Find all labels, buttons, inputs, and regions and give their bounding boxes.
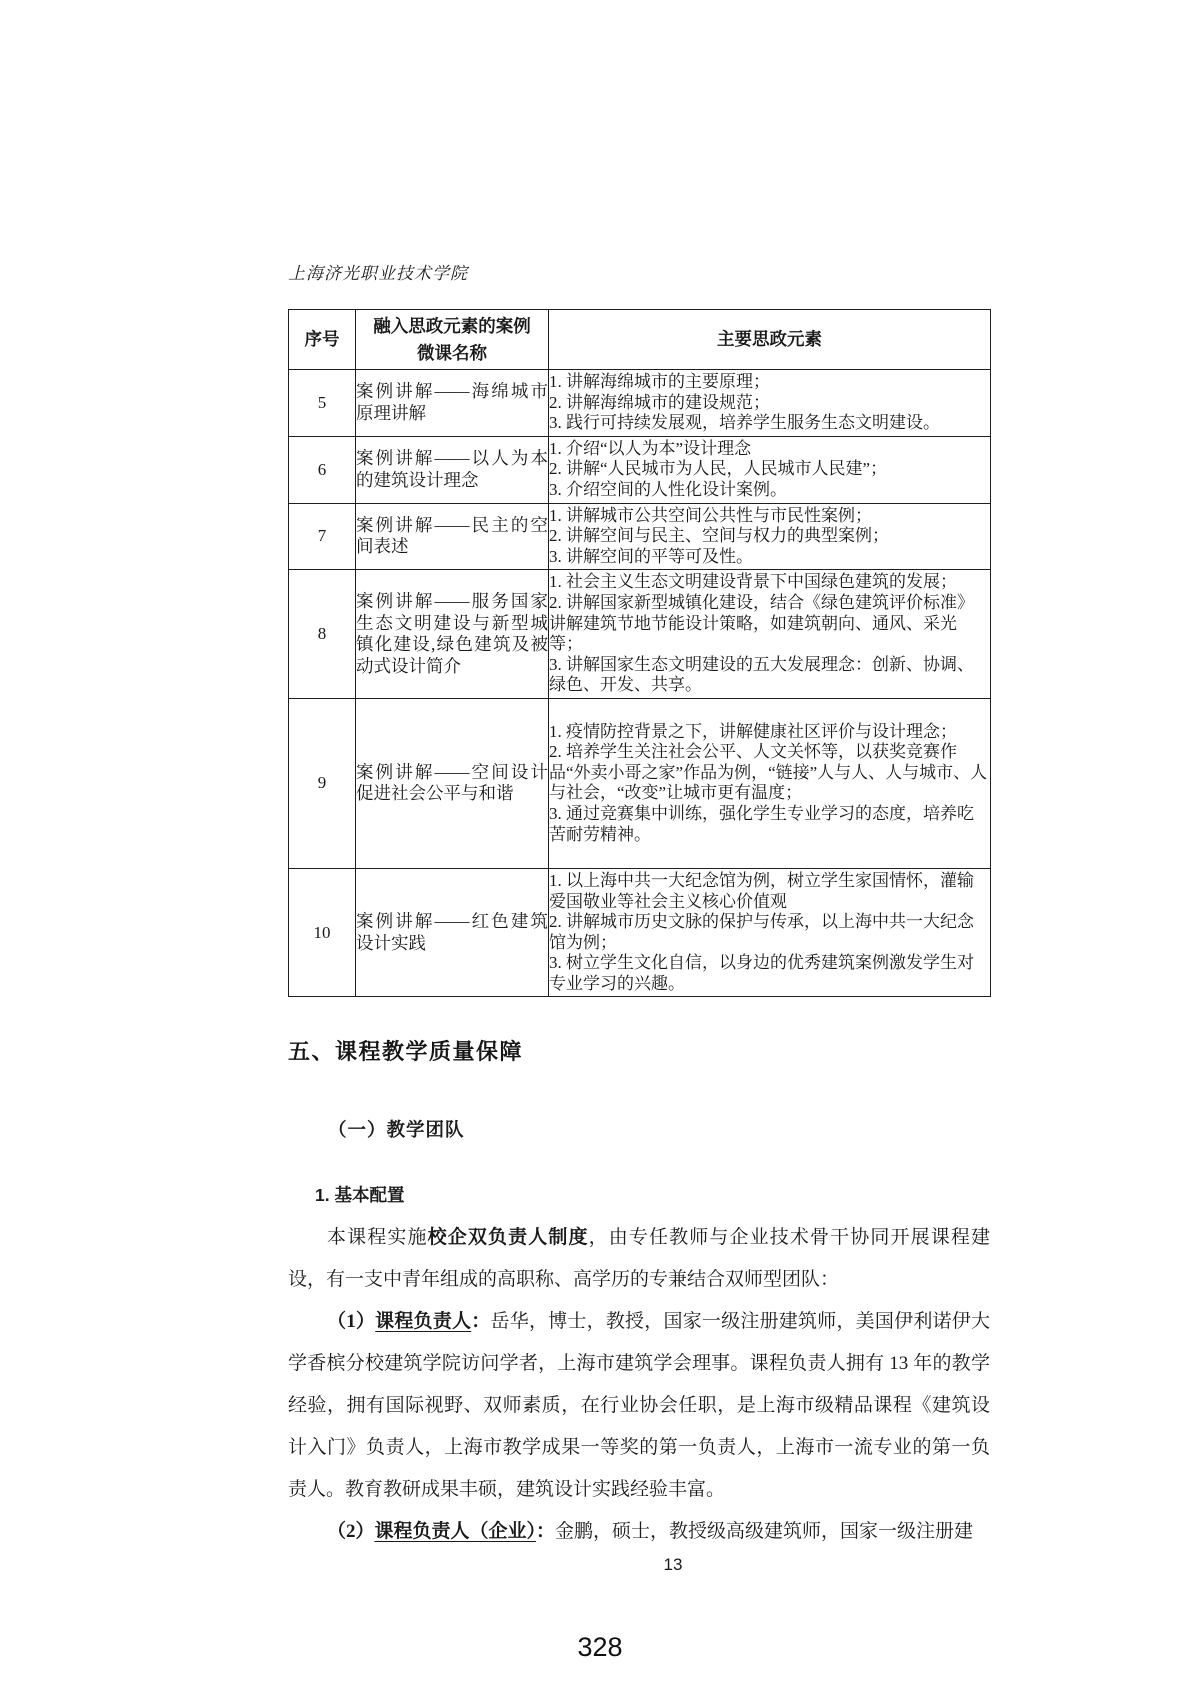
elements-cell: 1. 讲解海绵城市的主要原理；2. 讲解海绵城市的建设规范；3. 践行可持续发展… [549,370,991,437]
para1-bold-term: 校企双负责人制度 [428,1227,589,1248]
para3-text: 金鹏，硕士，教授级高级建筑师，国家一级注册建 [555,1521,973,1542]
table-header-row: 序号 融入思政元素的案例 微课名称 主要思政元素 [289,310,991,370]
elements-item: 3. 通过竞赛集中训练，强化学生专业学习的态度，培养吃苦耐劳精神。 [549,804,990,845]
elements-item: 1. 讲解城市公共空间公共性与市民性案例； [549,506,990,527]
elements-item: 3. 介绍空间的人性化设计案例。 [549,480,990,501]
pdf-page-number: 328 [0,1632,1200,1663]
seq-cell: 7 [289,503,356,570]
table-row: 9 案例讲解——空间设计促进社会公平与和谐 1. 疫情防控背景之下，讲解健康社区… [289,698,991,868]
elements-item: 2. 培养学生关注社会公平、人文关怀等，以获奖竞赛作品“外卖小哥之家”作品为例，… [549,742,990,804]
course-name-cell: 案例讲解——民主的空间表述 [356,503,549,570]
subsection-heading-teaching-team: （一）教学团队 [288,1116,990,1142]
elements-item: 3. 践行可持续发展观，培养学生服务生态文明建设。 [549,413,990,434]
course-name-cell: 案例讲解——空间设计促进社会公平与和谐 [356,698,549,868]
document-page: 上海济光职业技术学院 序号 融入思政元素的案例 微课名称 主要思政元素 5 案例… [0,0,1200,1683]
para1-pre: 本课程实施 [327,1227,428,1248]
para2-number: （1） [327,1311,375,1332]
elements-item: 1. 讲解海绵城市的主要原理； [549,372,990,393]
elements-cell: 1. 介绍“以人为本”设计理念2. 讲解“人民城市为人民，人民城市人民建”；3.… [549,436,991,503]
elements-item: 2. 讲解城市历史文脉的保护与传承，以上海中共一大纪念馆为例； [549,912,990,953]
elements-item: 2. 讲解空间与民主、空间与权力的典型案例； [549,526,990,547]
seq-cell: 10 [289,868,356,997]
section-heading-quality-assurance: 五、课程教学质量保障 [288,1035,990,1066]
doc-header: 上海济光职业技术学院 [288,262,990,286]
subheading-basic-configuration: 1. 基本配置 [288,1182,990,1207]
elements-item: 1. 社会主义生态文明建设背景下中国绿色建筑的发展； [549,572,990,593]
col-header-seq: 序号 [289,310,356,370]
elements-cell: 1. 以上海中共一大纪念馆为例，树立学生家国情怀，灌输爱国敬业等社会主义核心价值… [549,868,991,997]
col-header-course-name-line2: 微课名称 [356,340,548,367]
para-course-leader-enterprise: （2）课程负责人（企业）：金鹏，硕士，教授级高级建筑师，国家一级注册建 [288,1511,990,1553]
para2-text: 岳华，博士，教授，国家一级注册建筑师，美国伊利诺伊大学香槟分校建筑学院访问学者，… [288,1311,990,1500]
elements-item: 2. 讲解国家新型城镇化建设，结合《绿色建筑评价标准》讲解建筑节地节能设计策略，… [549,593,990,655]
elements-cell: 1. 社会主义生态文明建设背景下中国绿色建筑的发展；2. 讲解国家新型城镇化建设… [549,570,991,699]
para-course-leader: （1）课程负责人：岳华，博士，教授，国家一级注册建筑师，美国伊利诺伊大学香槟分校… [288,1301,990,1511]
elements-item: 1. 介绍“以人为本”设计理念 [549,439,990,460]
col-header-course-name: 融入思政元素的案例 微课名称 [356,310,549,370]
seq-cell: 9 [289,698,356,868]
elements-item: 3. 树立学生文化自信，以身边的优秀建筑案例激发学生对专业学习的兴趣。 [549,953,990,994]
col-header-elements: 主要思政元素 [549,310,991,370]
elements-item: 1. 疫情防控背景之下，讲解健康社区评价与设计理念； [549,722,990,743]
page-content: 上海济光职业技术学院 序号 融入思政元素的案例 微课名称 主要思政元素 5 案例… [288,262,990,1553]
para2-label: 课程负责人 [375,1311,471,1332]
table-row: 6 案例讲解——以人为本的建筑设计理念 1. 介绍“以人为本”设计理念2. 讲解… [289,436,991,503]
elements-item: 3. 讲解空间的平等可及性。 [549,547,990,568]
course-name-cell: 案例讲解——服务国家生态文明建设与新型城镇化建设,绿色建筑及被动式设计简介 [356,570,549,699]
seq-cell: 8 [289,570,356,699]
ideological-elements-table: 序号 融入思政元素的案例 微课名称 主要思政元素 5 案例讲解——海绵城市原理讲… [288,309,991,997]
para3-number: （2） [327,1521,375,1542]
para3-label: 课程负责人（企业） [375,1521,537,1542]
elements-item: 2. 讲解海绵城市的建设规范； [549,393,990,414]
para-basic-configuration: 本课程实施校企双负责人制度，由专任教师与企业技术骨干协同开展课程建设，有一支中青… [288,1217,990,1301]
course-name-cell: 案例讲解——海绵城市原理讲解 [356,370,549,437]
elements-item: 3. 讲解国家生态文明建设的五大发展理念：创新、协调、绿色、开发、共享。 [549,655,990,696]
doc-page-number: 13 [288,1555,1058,1575]
table-row: 10 案例讲解——红色建筑设计实践 1. 以上海中共一大纪念馆为例，树立学生家国… [289,868,991,997]
elements-cell: 1. 疫情防控背景之下，讲解健康社区评价与设计理念；2. 培养学生关注社会公平、… [549,698,991,868]
elements-cell: 1. 讲解城市公共空间公共性与市民性案例；2. 讲解空间与民主、空间与权力的典型… [549,503,991,570]
elements-item: 1. 以上海中共一大纪念馆为例，树立学生家国情怀，灌输爱国敬业等社会主义核心价值… [549,871,990,912]
table-row: 5 案例讲解——海绵城市原理讲解 1. 讲解海绵城市的主要原理；2. 讲解海绵城… [289,370,991,437]
table-row: 7 案例讲解——民主的空间表述 1. 讲解城市公共空间公共性与市民性案例；2. … [289,503,991,570]
table-row: 8 案例讲解——服务国家生态文明建设与新型城镇化建设,绿色建筑及被动式设计简介 … [289,570,991,699]
seq-cell: 6 [289,436,356,503]
body-text-block: 本课程实施校企双负责人制度，由专任教师与企业技术骨干协同开展课程建设，有一支中青… [288,1217,990,1553]
para3-colon: ： [536,1521,555,1542]
seq-cell: 5 [289,370,356,437]
course-name-cell: 案例讲解——以人为本的建筑设计理念 [356,436,549,503]
course-name-cell: 案例讲解——红色建筑设计实践 [356,868,549,997]
col-header-course-name-line1: 融入思政元素的案例 [356,313,548,340]
elements-item: 2. 讲解“人民城市为人民，人民城市人民建”； [549,459,990,480]
para2-colon: ： [471,1311,490,1332]
